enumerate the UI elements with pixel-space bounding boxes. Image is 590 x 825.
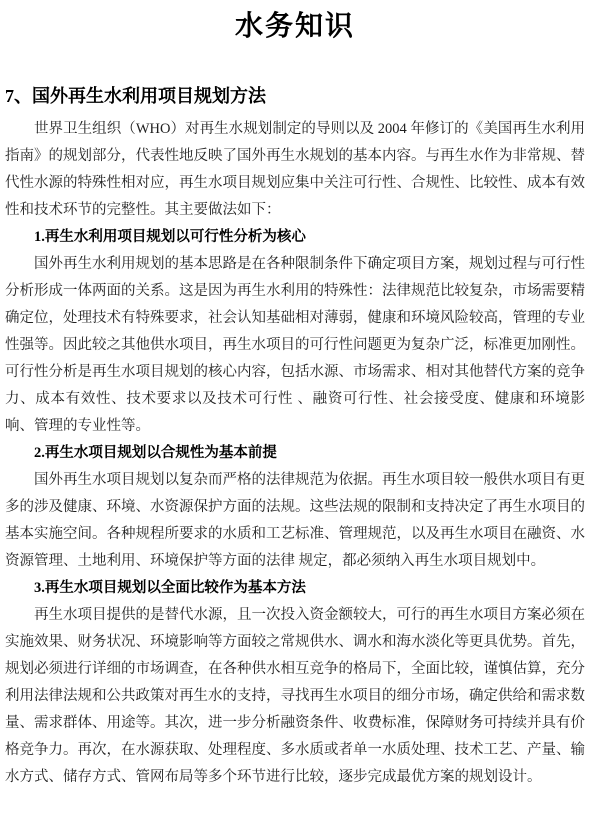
subheading: 2.再生水项目规划以合规性为基本前提 bbox=[5, 440, 585, 467]
subheading: 1.再生水利用项目规划以可行性分析为核心 bbox=[5, 224, 585, 251]
document-page: 水务知识 7、国外再生水利用项目规划方法 世界卫生组织（WHO）对再生水规划制定… bbox=[0, 0, 590, 825]
document-body: 世界卫生组织（WHO）对再生水规划制定的导则以及 2004 年修订的《美国再生水… bbox=[5, 116, 585, 791]
paragraph: 国外再生水项目规划以复杂而严格的法律规范为依据。再生水项目较一般供水项目有更多的… bbox=[5, 467, 585, 575]
section-heading: 7、国外再生水利用项目规划方法 bbox=[5, 84, 585, 108]
paragraph: 国外再生水利用规划的基本思路是在各种限制条件下确定项目方案，规划过程与可行性分析… bbox=[5, 251, 585, 440]
document-title: 水务知识 bbox=[5, 8, 585, 46]
paragraph: 再生水项目提供的是替代水源，且一次投入资金额较大，可行的再生水项目方案必须在实施… bbox=[5, 602, 585, 791]
subheading: 3.再生水项目规划以全面比较作为基本方法 bbox=[5, 575, 585, 602]
paragraph: 世界卫生组织（WHO）对再生水规划制定的导则以及 2004 年修订的《美国再生水… bbox=[5, 116, 585, 224]
